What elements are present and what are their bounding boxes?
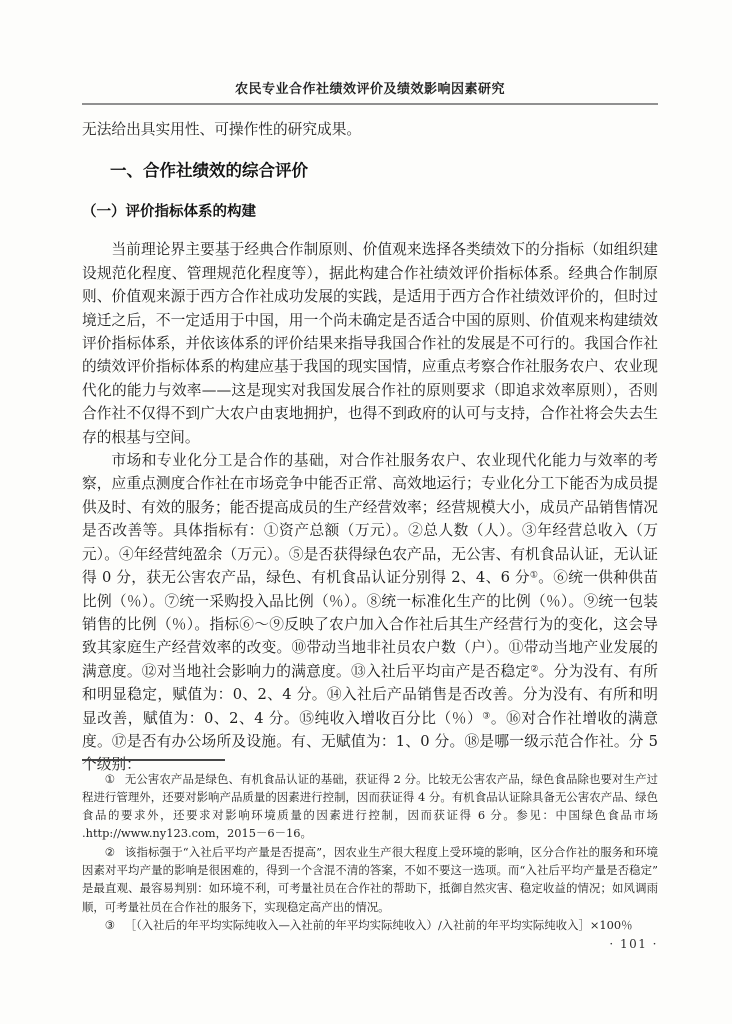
footnote-ref-2: ② <box>530 664 538 674</box>
footnote-2-marker: ② <box>105 845 115 859</box>
section-heading: 一、合作社绩效的综合评价 <box>82 161 658 181</box>
footnote-1-text: 无公害农产品是绿色、有机食品认证的基础，获证得 2 分。比较无公害农产品，绿色食… <box>82 772 658 841</box>
footnote-2: ②该指标强于“入社后平均产量是否提高”，因农业生产很大程度上受环境的影响，区分合… <box>82 843 658 916</box>
header-rule <box>82 103 658 105</box>
running-head-title: 农民专业合作社绩效评价及绩效影响因素研究 <box>82 81 658 98</box>
footnote-1-marker: ① <box>105 772 115 786</box>
page-content: 农民专业合作社绩效评价及绩效影响因素研究 无法给出具实用性、可操作性的研究成果。… <box>82 0 658 777</box>
footnotes-block: ①无公害农产品是绿色、有机食品认证的基础，获证得 2 分。比较无公害农产品，绿色… <box>82 770 658 935</box>
paragraph-2: 市场和专业化分工是合作的基础，对合作社服务农户、农业现代化能力与效率的考察，应重… <box>82 449 658 777</box>
subsection-heading: （一）评价指标体系的构建 <box>82 203 658 221</box>
footnote-3: ③［（入社后的年平均实际纯收入—入社前的年平均实际纯收入）/入社前的年平均实际纯… <box>82 916 658 934</box>
document-page: 农民专业合作社绩效评价及绩效影响因素研究 无法给出具实用性、可操作性的研究成果。… <box>0 0 732 1024</box>
footnote-separator-rule <box>82 759 225 761</box>
footnote-ref-3: ③ <box>482 711 491 721</box>
paragraph-1: 当前理论界主要基于经典合作制原则、价值观来选择各类绩效下的分指标（如组织建设规范… <box>82 238 658 449</box>
footnote-3-marker: ③ <box>105 918 115 932</box>
paragraph-2-text: 市场和专业化分工是合作的基础，对合作社服务农户、农业现代化能力与效率的考察，应重… <box>82 452 658 586</box>
footnote-3-text: ［（入社后的年平均实际纯收入—入社前的年平均实际纯收入）/入社前的年平均实际纯收… <box>125 918 633 932</box>
intro-paragraph: 无法给出具实用性、可操作性的研究成果。 <box>82 118 658 141</box>
footnote-1: ①无公害农产品是绿色、有机食品认证的基础，获证得 2 分。比较无公害农产品，绿色… <box>82 770 658 843</box>
footnote-2-text: 该指标强于“入社后平均产量是否提高”，因农业生产很大程度上受环境的影响，区分合作… <box>82 845 658 914</box>
footer-area: ①无公害农产品是绿色、有机食品认证的基础，获证得 2 分。比较无公害农产品，绿色… <box>82 759 658 951</box>
page-number: · 101 · <box>82 937 658 951</box>
